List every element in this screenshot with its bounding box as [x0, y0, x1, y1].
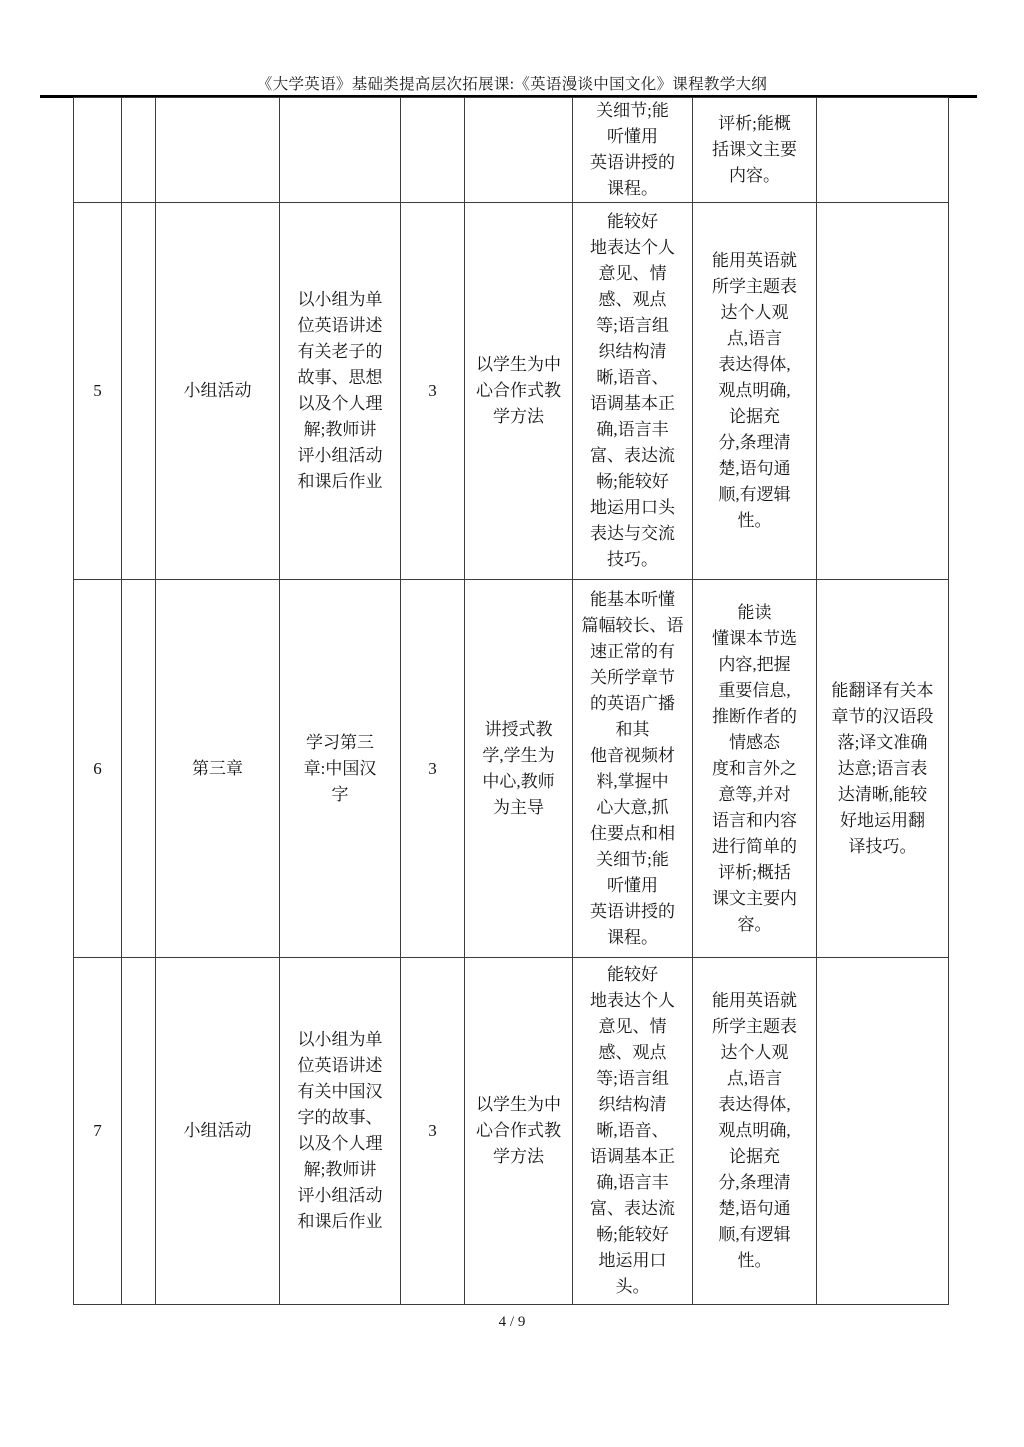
- table-cell: 3: [401, 203, 465, 580]
- table-cell: [156, 98, 280, 203]
- table-cell: 小组活动: [156, 958, 280, 1305]
- document-header-title: 《大学英语》基础类提高层次拓展课:《英语漫谈中国文化》课程教学大纲: [0, 76, 1024, 94]
- table-cell: 以小组为单 位英语讲述 有关老子的 故事、思想 以及个人理 解;教师讲 评小组活…: [280, 203, 401, 580]
- table-cell: 能用英语就 所学主题表 达个人观 点,语言 表达得体, 观点明确, 论据充 分,…: [693, 203, 817, 580]
- table-cell: 以学生为中 心合作式教 学方法: [465, 958, 573, 1305]
- table-cell: 关细节;能 听懂用 英语讲授的 课程。: [573, 98, 693, 203]
- table-row: 7 小组活动 以小组为单 位英语讲述 有关中国汉 字的故事、 以及个人理 解;教…: [74, 958, 949, 1305]
- table-cell: 以学生为中 心合作式教 学方法: [465, 203, 573, 580]
- table-cell: 小组活动: [156, 203, 280, 580]
- table-row: 关细节;能 听懂用 英语讲授的 课程。 评析;能概 括课文主要 内容。: [74, 98, 949, 203]
- table-cell: 能较好 地表达个人 意见、情 感、观点 等;语言组 织结构清 晰,语音、 语调基…: [573, 203, 693, 580]
- table-cell: 能较好 地表达个人 意见、情 感、观点 等;语言组 织结构清 晰,语音、 语调基…: [573, 958, 693, 1305]
- table-cell: [817, 98, 949, 203]
- table-cell: [401, 98, 465, 203]
- syllabus-table: 关细节;能 听懂用 英语讲授的 课程。 评析;能概 括课文主要 内容。 5 小组…: [73, 97, 949, 1305]
- table-cell: [122, 98, 156, 203]
- table-cell: 讲授式教 学,学生为 中心,教师 为主导: [465, 580, 573, 958]
- table-cell: 学习第三 章:中国汉 字: [280, 580, 401, 958]
- table-cell: 3: [401, 580, 465, 958]
- page-number: 4 / 9: [0, 1312, 1024, 1332]
- table-cell: 以小组为单 位英语讲述 有关中国汉 字的故事、 以及个人理 解;教师讲 评小组活…: [280, 958, 401, 1305]
- table-cell: 第三章: [156, 580, 280, 958]
- table-cell: [465, 98, 573, 203]
- table-cell: [280, 98, 401, 203]
- table-cell: 能读 懂课本节选 内容,把握 重要信息, 推断作者的 情感态 度和言外之 意等,…: [693, 580, 817, 958]
- table-cell: [122, 958, 156, 1305]
- table-cell: [817, 203, 949, 580]
- table-cell: 7: [74, 958, 122, 1305]
- table-cell: [74, 98, 122, 203]
- table-cell: 能翻译有关本 章节的汉语段 落;译文准确 达意;语言表 达清晰,能较 好地运用翻…: [817, 580, 949, 958]
- table-cell: 评析;能概 括课文主要 内容。: [693, 98, 817, 203]
- table-cell: 能用英语就 所学主题表 达个人观 点,语言 表达得体, 观点明确, 论据充 分,…: [693, 958, 817, 1305]
- table-cell: 6: [74, 580, 122, 958]
- table-row: 6 第三章 学习第三 章:中国汉 字 3 讲授式教 学,学生为 中心,教师 为主…: [74, 580, 949, 958]
- table-cell: [122, 203, 156, 580]
- table-row: 5 小组活动 以小组为单 位英语讲述 有关老子的 故事、思想 以及个人理 解;教…: [74, 203, 949, 580]
- table-cell: [817, 958, 949, 1305]
- table-cell: 5: [74, 203, 122, 580]
- table-cell: 3: [401, 958, 465, 1305]
- table-cell: [122, 580, 156, 958]
- table-cell: 能基本听懂 篇幅较长、语 速正常的有 关所学章节 的英语广播 和其 他音视频材 …: [573, 580, 693, 958]
